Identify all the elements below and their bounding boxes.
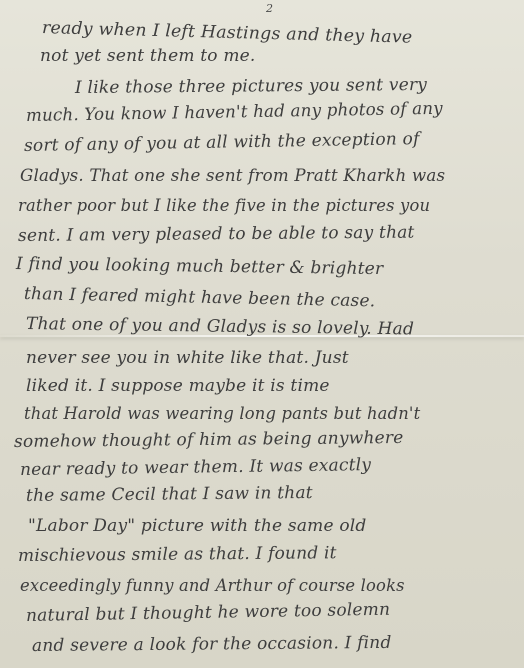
letter-line: rather poor but I like the five in the p… <box>18 196 430 216</box>
letter-line: liked it. I suppose maybe it is time <box>26 376 330 396</box>
letter-line: ready when I left Hastings and they have <box>42 18 413 48</box>
letter-line: the same Cecil that I saw in that <box>26 483 313 506</box>
letter-line: never see you in white like that. Just <box>26 348 349 368</box>
letter-line: exceedingly funny and Arthur of course l… <box>20 576 405 596</box>
letter-line: I find you looking much better & brighte… <box>16 254 384 279</box>
letter-line: "Labor Day" picture with the same old <box>28 516 367 536</box>
letter-line: Gladys. That one she sent from Pratt Kha… <box>20 166 445 186</box>
letter-line: that Harold was wearing long pants but h… <box>24 404 420 424</box>
letter-line: near ready to wear them. It was exactly <box>20 455 371 480</box>
letter-line: much. You know I haven't had any photos … <box>26 99 443 126</box>
letter-line: and severe a look for the occasion. I fi… <box>32 633 392 656</box>
letter-line: somehow thought of him as being anywhere <box>14 428 404 452</box>
letter-line: not yet sent them to me. <box>40 46 256 66</box>
page-number: 2 <box>266 2 273 15</box>
letter-line: I like those three pictures you sent ver… <box>75 75 427 98</box>
letter-line: sent. I am very pleased to be able to sa… <box>18 223 415 246</box>
letter-line: mischievous smile as that. I found it <box>18 543 337 566</box>
letter-line: natural but I thought he wore too solemn <box>26 600 390 626</box>
letter-line: than I feared might have been the case. <box>24 284 376 311</box>
letter-line: sort of any of you at all with the excep… <box>24 129 420 156</box>
letter-page: 2 ready when I left Hastings and they ha… <box>0 0 524 668</box>
